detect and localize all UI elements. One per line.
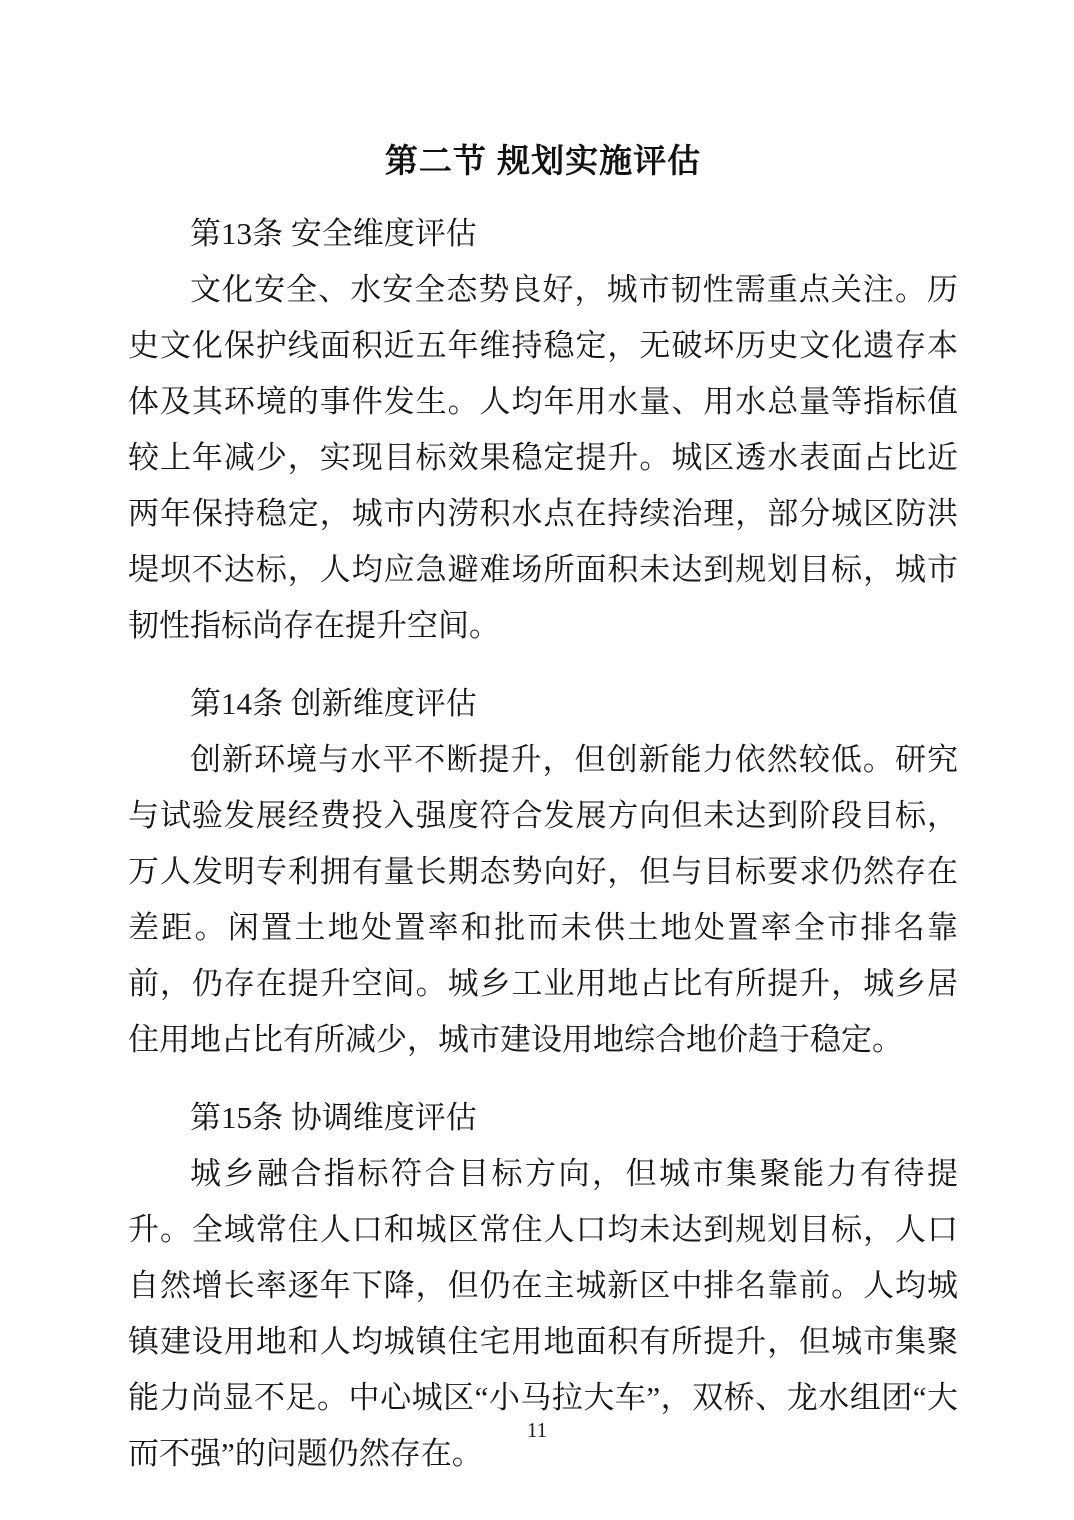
- page-title: 第二节 规划实施评估: [128, 138, 958, 184]
- document-content: 第二节 规划实施评估 第13条 安全维度评估 文化安全、水安全态势良好，城市韧性…: [128, 138, 958, 1482]
- section-article-14: 第14条 创新维度评估 创新环境与水平不断提升，但创新能力依然较低。研究与试验发…: [128, 676, 958, 1068]
- article-15-heading: 第15条 协调维度评估: [128, 1090, 958, 1146]
- section-article-13: 第13条 安全维度评估 文化安全、水安全态势良好，城市韧性需重点关注。历史文化保…: [128, 206, 958, 654]
- article-14-body: 创新环境与水平不断提升，但创新能力依然较低。研究与试验发展经费投入强度符合发展方…: [128, 732, 958, 1068]
- article-14-heading: 第14条 创新维度评估: [128, 676, 958, 732]
- article-13-body: 文化安全、水安全态势良好，城市韧性需重点关注。历史文化保护线面积近五年维持稳定，…: [128, 262, 958, 654]
- article-13-heading: 第13条 安全维度评估: [128, 206, 958, 262]
- document-page: 第二节 规划实施评估 第13条 安全维度评估 文化安全、水安全态势良好，城市韧性…: [0, 0, 1074, 1520]
- page-number: 11: [0, 1418, 1074, 1443]
